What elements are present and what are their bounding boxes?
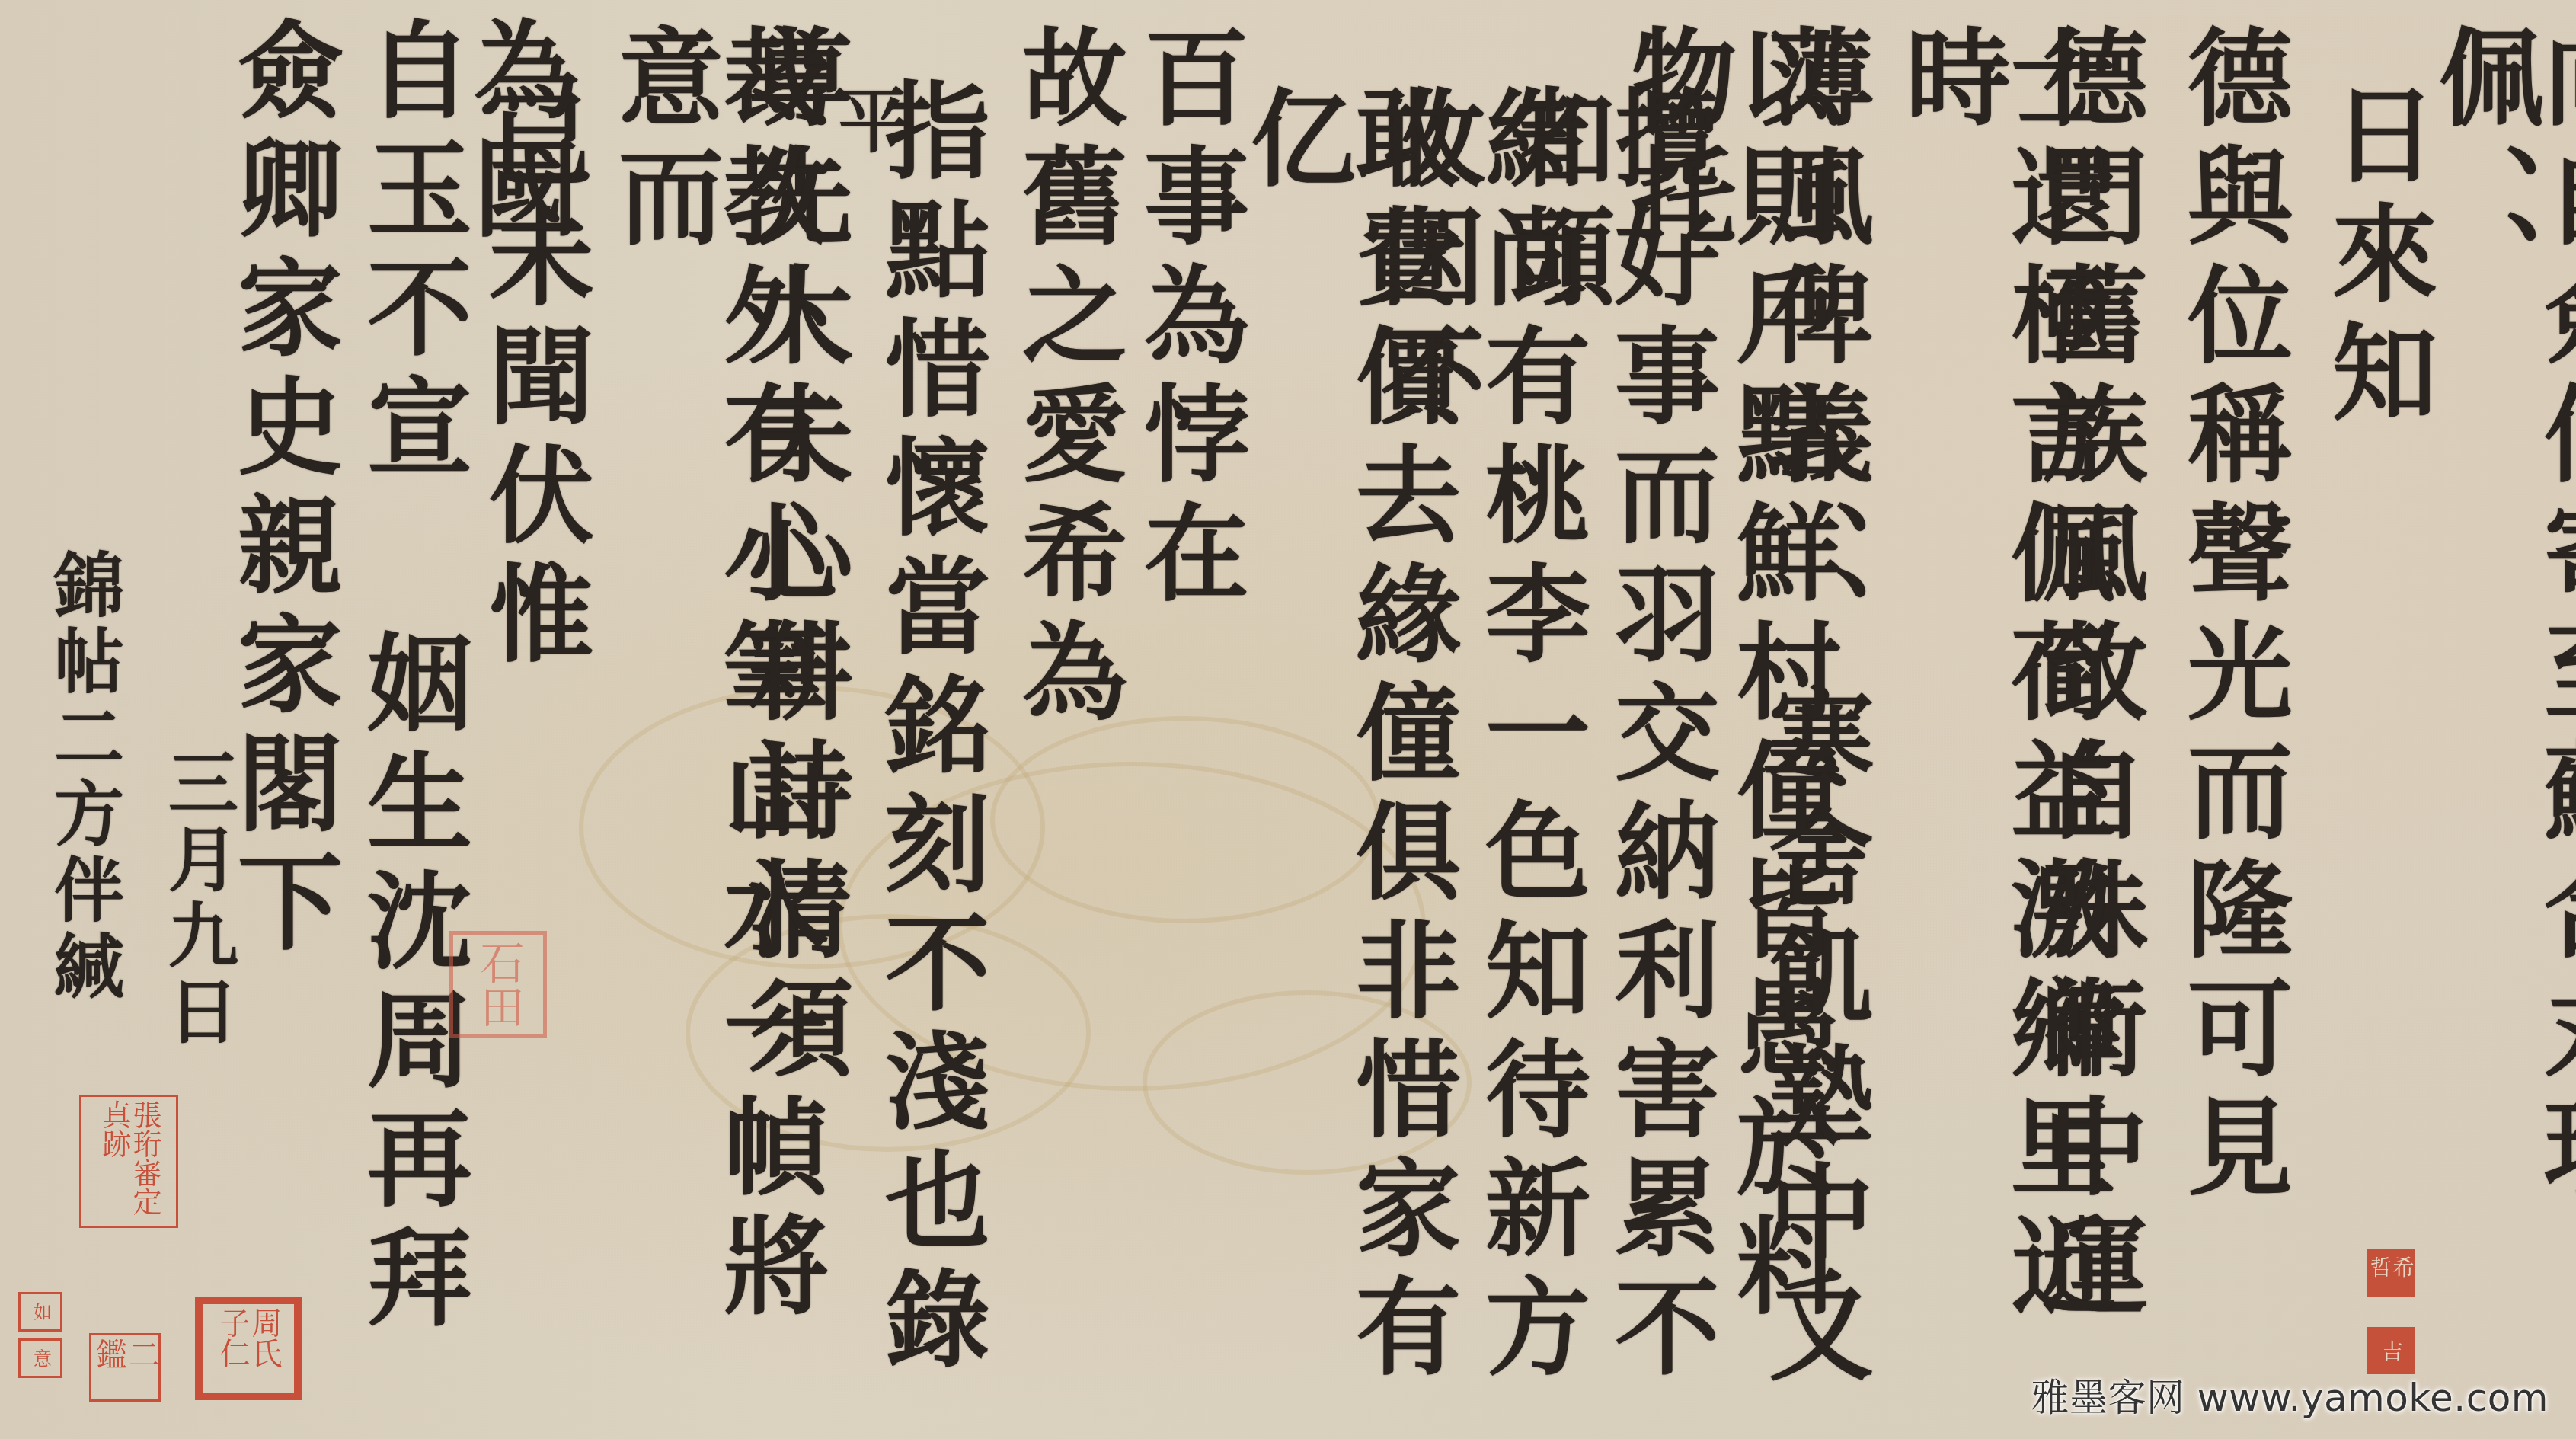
seal-stamp: 意 xyxy=(18,1338,62,1378)
calligraphy-column: 故舊之愛希為 xyxy=(1014,23,1119,736)
seal-stamp: 希哲 xyxy=(2367,1249,2415,1297)
seal-stamp: 周氏子仁 xyxy=(195,1297,302,1400)
calligraphy-column: 僉卿家史親家閣下 xyxy=(229,15,334,966)
seal-stamp: 如 xyxy=(18,1292,62,1332)
calligraphy-column: 為國 xyxy=(465,15,570,253)
calligraphy-column: 三月九日 xyxy=(163,747,233,1051)
seal-stamp: 二鑑 xyxy=(89,1333,161,1402)
calligraphy-column: 士還極言佩荷益激鄉里近時 xyxy=(1897,23,2108,1439)
calligraphy-column: 日來知 xyxy=(2324,80,2429,436)
calligraphy-column: 自玉不宣 姻生沈周再拜 xyxy=(359,15,464,1341)
seal-stamp: 石田 xyxy=(449,931,547,1038)
calligraphy-column: 向自僉仲寄至蘇合丸珍佩、、 xyxy=(2431,23,2576,1439)
calligraphy-paper: 向自僉仲寄至蘇合丸珍佩、、日來知德與位稱聲光而隆可見德門舊族風致自殊衛中運士還極… xyxy=(0,0,2576,1439)
site-watermark: 雅墨客网 www.yamoke.com xyxy=(2031,1367,2549,1422)
calligraphy-column: 德與位稱聲光而隆可見 xyxy=(2179,23,2284,1211)
calligraphy-column: 錦帖二方伴緘 xyxy=(49,548,119,1006)
seal-stamp: 張珩審定真跡 xyxy=(79,1095,178,1228)
calligraphy-column: 裁教外有小筆山水一幀將意而 xyxy=(610,23,820,1439)
calligraphy-column: 敢費價去緣僮俱非惜家有亿 xyxy=(1242,84,1453,1439)
calligraphy-column: 指點惜懷當銘刻不淺也錄 xyxy=(877,76,982,1383)
calligraphy-column: 百事為悖在 xyxy=(1136,23,1241,617)
